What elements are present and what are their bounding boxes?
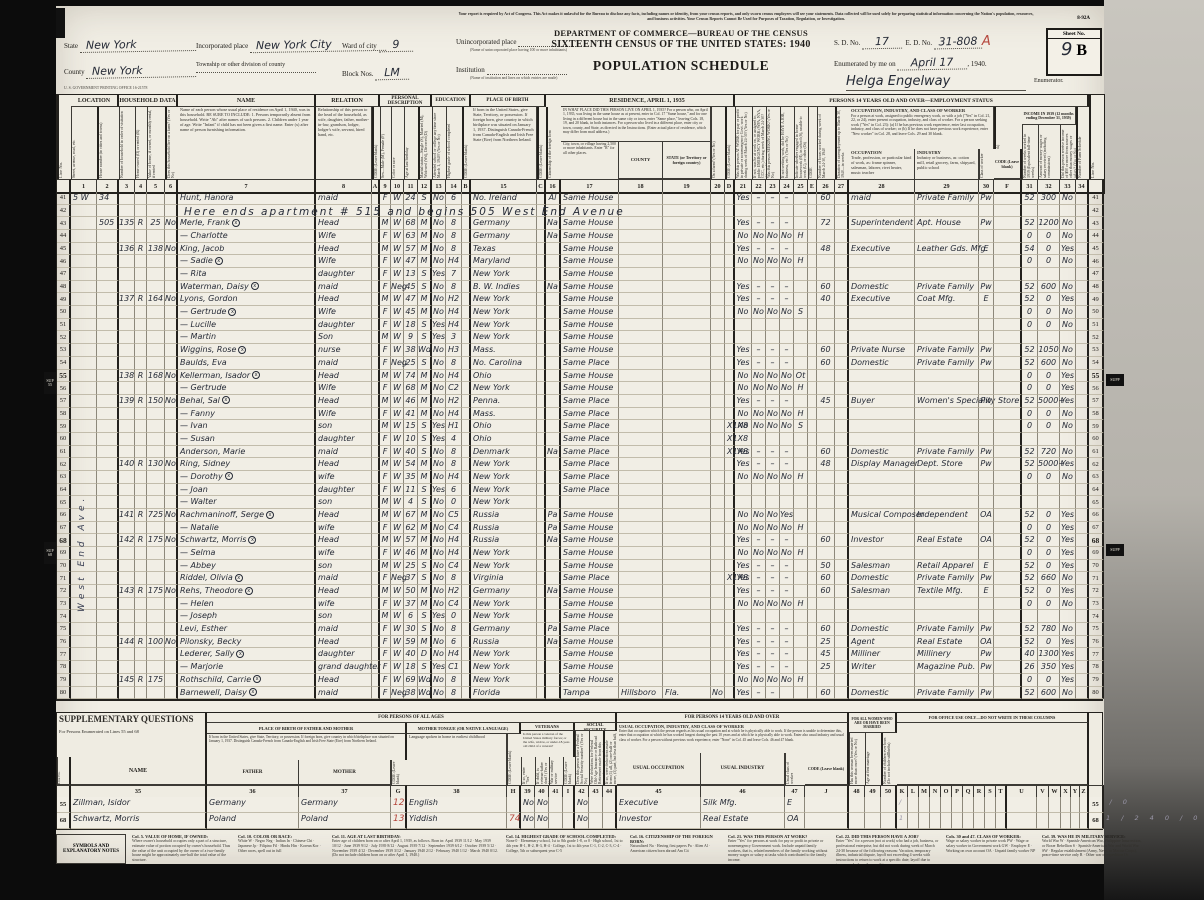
line-number: 75: [1089, 623, 1104, 636]
cell-C: [537, 230, 546, 243]
value-age: 18: [404, 661, 417, 671]
supplementary-section: SUPPLEMENTARY QUESTIONSFor Persons Enume…: [56, 712, 1103, 830]
line-number: 57: [57, 395, 71, 408]
cell-c21: [735, 484, 752, 497]
value-cit: Na: [546, 585, 559, 595]
value-w31: 0: [1022, 255, 1037, 265]
value-c25: S: [794, 306, 807, 316]
cell-or: [135, 205, 147, 218]
value-mar: Wd: [418, 674, 430, 684]
main-table-header: LOCATIONHOUSEHOLD DATANAMERELATIONPERSON…: [56, 94, 1105, 194]
cell-gr: H4: [446, 370, 462, 383]
value-sch: No: [432, 370, 445, 380]
cell-fm: No: [165, 534, 178, 547]
cell-r18: [619, 205, 663, 218]
cell-occ: [849, 255, 915, 268]
value-col: W: [391, 217, 403, 227]
cell-F: [994, 281, 1022, 294]
cell-pob: New York: [471, 648, 537, 661]
value-c25: H: [794, 408, 807, 418]
value-sch: No: [432, 534, 445, 544]
cell-rel: Son: [316, 331, 372, 344]
cell-D: X1X8: [725, 572, 735, 585]
value-or: R: [135, 674, 146, 684]
supp-cell-s43: [589, 797, 603, 813]
cell-hn: [97, 598, 119, 611]
cell-c23: [766, 484, 780, 497]
cell-name: Rehs, Theodorex: [178, 585, 316, 598]
cell-D: [725, 560, 735, 573]
value-gr: 8: [446, 357, 461, 367]
cell-mar: M: [418, 636, 432, 649]
cell-w34: [1076, 547, 1089, 560]
cell-A: [372, 547, 380, 560]
cell-r19: [663, 433, 711, 446]
cell-c27: [835, 674, 849, 687]
value-sex: F: [380, 255, 390, 265]
cell-B: [462, 268, 471, 281]
cell-r17: Same Place: [561, 471, 619, 484]
gpo-line: U. S. GOVERNMENT PRINTING OFFICE 16-2157…: [64, 86, 147, 90]
value-cls: Pw: [979, 661, 993, 671]
value-age: 35: [404, 471, 417, 481]
value-w32: 350: [1038, 661, 1059, 671]
value-age: 54: [404, 458, 417, 468]
cell-cls: Pw: [979, 281, 994, 294]
value-gr: H1: [446, 420, 461, 430]
value-gr: H2: [446, 585, 461, 595]
value-c22: No: [752, 255, 765, 265]
value-name: — Natalie: [178, 522, 314, 532]
cell-hh: 135: [119, 217, 135, 230]
cell-c26: 60: [817, 687, 835, 700]
line-number: 53: [1089, 344, 1104, 357]
cell-age: 18: [404, 319, 418, 332]
value-r17: Same House: [561, 636, 618, 646]
cell-w31: 52: [1022, 281, 1038, 294]
ed-label: E. D. No.: [906, 39, 933, 47]
cell-pob: Russia: [471, 522, 537, 535]
value-gr: H4: [446, 471, 461, 481]
value-cls: Pw: [979, 217, 993, 227]
value-mar: S: [418, 268, 430, 278]
cell-A: [372, 408, 380, 421]
cell-E: [808, 230, 817, 243]
cell-w34: [1076, 585, 1089, 598]
cell-w31: 52: [1022, 509, 1038, 522]
cell-pob: Texas: [471, 243, 537, 256]
cell-c26: [817, 205, 835, 218]
value-r20: No: [711, 687, 724, 697]
value-w33: Yes: [1060, 522, 1075, 532]
cell-mar: S: [418, 496, 432, 509]
cell-ind: Real Estate: [915, 534, 979, 547]
cell-w33: [1060, 433, 1076, 446]
cell-w32: 780: [1038, 623, 1060, 636]
cell-r20: [711, 408, 725, 421]
cell-c21: Yes: [735, 446, 752, 459]
value-c21: No: [735, 522, 751, 532]
cell-E: [808, 661, 817, 674]
cell-or: [135, 446, 147, 459]
cell-E: [808, 205, 817, 218]
cell-sch: No: [432, 408, 446, 421]
cell-r18: [619, 243, 663, 256]
cell-pob: Ohio: [471, 420, 537, 433]
value-w31: 52: [1022, 395, 1037, 405]
supp-colhead-w50: Number of children ever born (Do not inc…: [881, 733, 897, 785]
cell-ind: [915, 420, 979, 433]
cell-c21: Yes: [735, 458, 752, 471]
value-sex: F: [380, 408, 390, 418]
supp-value-occ: Executive: [617, 797, 700, 807]
value-cls: Pw: [979, 572, 993, 582]
cell-col: W: [391, 344, 404, 357]
value-c22: No: [752, 547, 765, 557]
value-sex: M: [380, 560, 390, 570]
value-mar: M: [418, 382, 430, 392]
cell-name: — Joseph: [178, 610, 316, 623]
cell-r19: [663, 458, 711, 471]
cell-rel: maid: [316, 687, 372, 700]
cell-D: [725, 496, 735, 509]
line-number: 56: [1089, 382, 1104, 395]
value-c22: –: [752, 585, 765, 595]
value-c21: Yes: [735, 585, 751, 595]
cell-name: — Sadiex: [178, 255, 316, 268]
value-c25: H: [794, 471, 807, 481]
supp-value-cls: E: [785, 797, 804, 807]
cell-w34: [1076, 357, 1089, 370]
cell-ind: Textile Mfg.: [915, 585, 979, 598]
value-D: X1X8: [725, 420, 733, 430]
cell-c25: H: [794, 674, 808, 687]
cell-st: 5 W: [71, 192, 97, 205]
value-pob: Germany: [471, 623, 536, 633]
value-c22: No: [752, 382, 765, 392]
cell-r20: [711, 331, 725, 344]
cell-w31: 52: [1022, 458, 1038, 471]
value-cls: E: [979, 585, 993, 595]
value-sex: F: [380, 522, 390, 532]
cell-B: [462, 572, 471, 585]
cell-val: 25: [147, 217, 165, 230]
cell-A: [372, 534, 380, 547]
cell-hn: [97, 484, 119, 497]
cell-c25: [794, 509, 808, 522]
cell-c21: No: [735, 230, 752, 243]
cell-hh: 143: [119, 585, 135, 598]
value-r17: Same House: [561, 243, 618, 253]
value-occ: Domestic: [849, 623, 914, 633]
cell-c26: 60: [817, 572, 835, 585]
supp-cell-L: [908, 813, 919, 829]
value-age: 38: [404, 344, 417, 354]
cell-pob: New York: [471, 382, 537, 395]
cell-r19: [663, 509, 711, 522]
cell-D: [725, 395, 735, 408]
cell-r20: [711, 420, 725, 433]
value-rel: Head: [316, 370, 371, 380]
supp-colnum-V: V: [1037, 785, 1049, 797]
value-c26: 60: [817, 357, 834, 367]
value-ind: Private Family: [915, 192, 978, 202]
value-pob: New York: [471, 306, 536, 316]
supp-value-occ: Investor: [617, 813, 700, 823]
value-r17: Same Place: [561, 420, 618, 430]
value-w31: 26: [1022, 661, 1037, 671]
cell-hn: [97, 572, 119, 585]
supp-cell-L: [908, 797, 919, 813]
cell-occ: [849, 306, 915, 319]
value-occ: Domestic: [849, 357, 914, 367]
cell-gr: 0: [446, 496, 462, 509]
cell-E: [808, 484, 817, 497]
cell-mar: M: [418, 306, 432, 319]
cell-D: [725, 293, 735, 306]
supp-cell-w50: [881, 797, 897, 813]
cell-pob: Germany: [471, 623, 537, 636]
value-gr: H4: [446, 547, 461, 557]
footnotes: SYMBOLS AND EXPLANATORY NOTESCol. 5. VAL…: [56, 834, 1103, 864]
cell-w31: [1022, 331, 1038, 344]
cell-E: [808, 560, 817, 573]
cell-B: [462, 420, 471, 433]
value-c22: No: [752, 370, 765, 380]
cell-sch: No: [432, 522, 446, 535]
value-cls: Pw: [979, 395, 993, 405]
cell-col: W: [391, 446, 404, 459]
cell-c26: [817, 598, 835, 611]
supp-cell-P: [952, 813, 963, 829]
cell-pob: New York: [471, 293, 537, 306]
value-mar: S: [418, 281, 430, 291]
value-c22: No: [752, 509, 765, 519]
cell-hn: [97, 319, 119, 332]
value-cit: Na: [546, 636, 559, 646]
colhead-lineL: Line No.: [57, 95, 71, 179]
value-gr: 6: [446, 192, 461, 202]
cell-w33: Yes: [1060, 547, 1076, 560]
cell-cls: E: [979, 585, 994, 598]
cell-r19: [663, 572, 711, 585]
cell-r19: [663, 357, 711, 370]
county-label: County: [64, 68, 85, 76]
value-c23: –: [766, 560, 779, 570]
cell-ind: Private Family: [915, 344, 979, 357]
supp-cell-tongue: Yiddish: [407, 813, 507, 829]
cell-hh: [119, 598, 135, 611]
value-ind: Textile Mfg.: [915, 585, 978, 595]
value-c21: Yes: [735, 623, 751, 633]
cell-A: [372, 560, 380, 573]
cell-name: King, Jacob: [178, 243, 316, 256]
value-w31: 52: [1022, 344, 1037, 354]
cell-st: [71, 623, 97, 636]
supp-value-name: Schwartz, Morris: [71, 813, 205, 823]
value-c23: –: [766, 585, 779, 595]
cell-fm: [165, 192, 178, 205]
colhead-cit: Citizenship of the foreign born: [546, 107, 561, 179]
value-gr: 8: [446, 446, 461, 456]
value-pob: Mass.: [471, 344, 536, 354]
cell-or: [135, 255, 147, 268]
value-r17: Tampa: [561, 687, 618, 697]
cell-r20: [711, 648, 725, 661]
cell-mar: M: [418, 293, 432, 306]
supp-colnum-v40: 40: [535, 785, 549, 797]
cell-w33: No: [1060, 255, 1076, 268]
cell-c24: No: [780, 382, 794, 395]
value-D: X1X8: [725, 446, 733, 456]
colnum-rel: 8: [316, 179, 372, 192]
cell-occ: [849, 420, 915, 433]
value-mar: S: [418, 319, 430, 329]
cell-w32: 0: [1038, 509, 1060, 522]
cell-ind: Dept. Store: [915, 458, 979, 471]
value-val: 175: [147, 585, 164, 595]
value-c21: Yes: [735, 293, 751, 303]
cell-name: Rothschild, Carriex: [178, 674, 316, 687]
cell-occ: [849, 382, 915, 395]
cell-r20: [711, 534, 725, 547]
cell-sex: M: [380, 395, 391, 408]
value-cls: Pw: [979, 623, 993, 633]
cell-hh: [119, 610, 135, 623]
supp-cell-P: [952, 797, 963, 813]
cell-w32: [1038, 205, 1060, 218]
cell-cls: [979, 484, 994, 497]
supp-cell-name: Schwartz, Morris: [71, 813, 207, 829]
cell-cls: E: [979, 293, 994, 306]
cell-c24: No: [780, 674, 794, 687]
supp-colnum-Y: Y: [1071, 785, 1080, 797]
supp-value-cls: OA: [785, 813, 804, 823]
cell-occ: [849, 370, 915, 383]
cell-val: 175: [147, 534, 165, 547]
cell-C: [537, 395, 546, 408]
cell-c22: No: [752, 598, 766, 611]
cell-C: [537, 560, 546, 573]
cell-or: [135, 572, 147, 585]
supp-cell-s44: [603, 813, 617, 829]
cell-F: [994, 687, 1022, 700]
line-number: 69: [1089, 547, 1104, 560]
cell-r18: [619, 572, 663, 585]
line-number: 70: [1089, 560, 1104, 573]
cell-age: 69: [404, 674, 418, 687]
cell-F: [994, 674, 1022, 687]
supp-colnum-occ: 45: [617, 785, 701, 797]
value-w32: 0: [1038, 674, 1059, 684]
cell-occ: [849, 674, 915, 687]
cell-cls: Pw: [979, 648, 994, 661]
cell-w34: [1076, 433, 1089, 446]
cell-r20: [711, 636, 725, 649]
cell-hn: [97, 674, 119, 687]
value-sch: Yes: [432, 331, 445, 341]
cell-gr: 8: [446, 687, 462, 700]
cell-sex: M: [380, 509, 391, 522]
value-pob: New York: [471, 547, 536, 557]
cell-D: [725, 674, 735, 687]
value-w33: Yes: [1060, 585, 1075, 595]
supp-colnum-J: J: [805, 785, 849, 797]
value-mar: S: [418, 192, 430, 202]
cell-cit: [546, 243, 561, 256]
cell-w32: 0: [1038, 471, 1060, 484]
cell-c21: No: [735, 598, 752, 611]
cell-c22: [752, 610, 766, 623]
cell-cit: Al: [546, 192, 561, 205]
cell-r18: [619, 230, 663, 243]
cell-c23: –: [766, 585, 780, 598]
cell-st: [71, 610, 97, 623]
cell-A: [372, 331, 380, 344]
supp-ind-label: USUAL INDUSTRY: [701, 753, 785, 785]
cell-c21: No: [735, 382, 752, 395]
value-c21: No: [735, 598, 751, 608]
cell-w31: 52: [1022, 446, 1038, 459]
unincorporated-label: Unincorporated place: [456, 38, 516, 46]
cell-B: [462, 331, 471, 344]
cell-gr: H4: [446, 319, 462, 332]
cell-hh: [119, 192, 135, 205]
supp-cell-occ: Investor: [617, 813, 701, 829]
cell-E: [808, 357, 817, 370]
cell-c24: –: [780, 636, 794, 649]
footnote-body: None 0 · Elementary school, 1st to 8th g…: [506, 839, 624, 853]
value-c22: –: [752, 636, 765, 646]
cell-E: [808, 687, 817, 700]
cell-w34: [1076, 382, 1089, 395]
value-col: W: [391, 547, 403, 557]
cell-c25: [794, 648, 808, 661]
cell-sex: F: [380, 484, 391, 497]
value-sch: No: [432, 255, 445, 265]
value-sch: No: [432, 636, 445, 646]
value-mar: S: [418, 496, 430, 506]
group-income: INCOME IN 1939 (12 months ending Decembe…: [1022, 107, 1076, 125]
value-r17: Same Place: [561, 458, 618, 468]
colnum-D: D: [725, 179, 735, 192]
value-c24: No: [780, 598, 793, 608]
cell-r18: [619, 610, 663, 623]
value-occ: Salesman: [849, 560, 914, 570]
cell-or: [135, 623, 147, 636]
value-gr: C5: [446, 509, 461, 519]
value-age: 68: [404, 382, 417, 392]
cell-age: 40: [404, 446, 418, 459]
cell-occ: [849, 433, 915, 446]
cell-pob: New York: [471, 661, 537, 674]
value-c23: No: [766, 370, 779, 380]
cell-ind: [915, 598, 979, 611]
cell-r20: [711, 547, 725, 560]
supp-cell-M: [919, 813, 930, 829]
value-gr: C1: [446, 661, 461, 671]
value-r17: Same House: [561, 217, 618, 227]
cell-gr: H4: [446, 471, 462, 484]
census-scan: Your report is required by Act of Congre…: [0, 0, 1204, 900]
value-sch: No: [432, 306, 445, 316]
footnote-body: Enter "Yes" for a person (not at work) w…: [836, 839, 940, 864]
cell-mar: Wd: [418, 674, 432, 687]
value-age: 67: [404, 509, 417, 519]
supp-cell-V: [1037, 797, 1049, 813]
cell-cls: Pw: [979, 192, 994, 205]
value-c25: H: [794, 598, 807, 608]
